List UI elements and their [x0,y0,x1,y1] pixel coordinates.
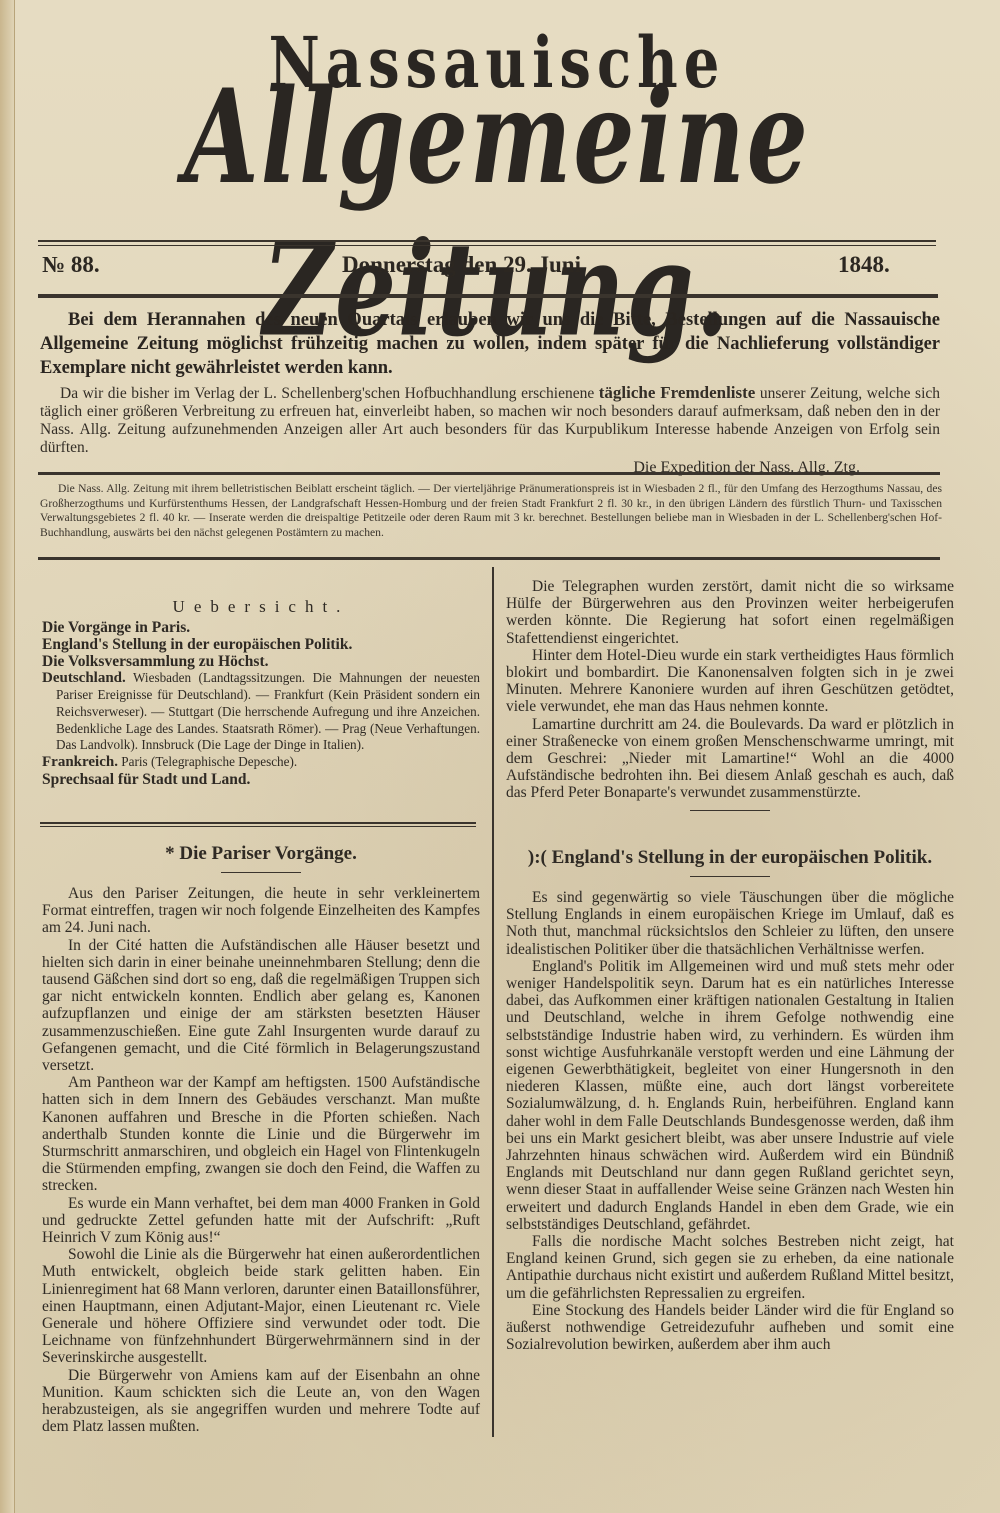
notice-highlight: tägliche Fremdenliste [599,383,756,402]
issue-date: Donnerstag den 29. Juni [342,252,581,278]
paragraph: Es sind gegenwärtig so viele Täuschungen… [506,889,954,958]
paragraph: In der Cité hatten die Aufständischen al… [42,937,480,1075]
toc-item: Die Vorgänge in Paris. [42,619,480,636]
paragraph: Es wurde ein Mann verhaftet, bei dem man… [42,1195,480,1247]
toc-rule-1 [40,822,476,824]
article-title: * Die Pariser Vorgänge. [42,842,480,866]
table-of-contents: Uebersicht. Die Vorgänge in Paris. Engla… [42,598,480,788]
toc-item-head: Deutschland. [42,670,126,686]
article-title: ):( England's Stellung in der europäisch… [506,846,954,870]
masthead-rule-bottom [38,245,936,246]
article-paris-continued: Die Telegraphen wurden zerstört, damit n… [506,578,954,811]
toc-item-detail: Paris (Telegraphische Depesche). [121,754,297,769]
paragraph: Sowohl die Linie als die Bürgerwehr hat … [42,1246,480,1366]
issue-year: 1848. [838,252,890,278]
toc-item: Sprechsaal für Stadt und Land. [42,771,480,788]
paragraph: Am Pantheon war der Kampf am heftigsten.… [42,1074,480,1194]
notice-paragraph: Da wir die bisher im Verlag der L. Schel… [40,384,940,457]
toc-rule-2 [40,826,476,827]
paragraph: Lamartine durchritt am 24. die Boulevard… [506,716,954,802]
toc-item-frankreich: Frankreich. Paris (Telegraphische Depesc… [42,754,480,771]
terms-rule [38,557,940,560]
title-rule [690,876,770,877]
issue-number: № 88. [42,252,100,278]
toc-item-deutschland: Deutschland. Wiesbaden (Landtagssitzunge… [42,670,480,754]
paragraph: Die Bürgerwehr von Amiens kam auf der Ei… [42,1367,480,1436]
paragraph: Aus den Pariser Zeitungen, die heute in … [42,885,480,937]
page-edge [0,0,15,1513]
toc-title: Uebersicht. [42,598,480,615]
paragraph: Hinter dem Hotel-Dieu wurde ein stark ve… [506,647,954,716]
toc-item: Die Volksversammlung zu Höchst. [42,653,480,670]
column-divider [492,567,494,1437]
subscription-notice: Bei dem Herannahen des neuen Quartals er… [40,308,940,477]
article-england: ):( England's Stellung in der europäisch… [506,846,954,1353]
paragraph: Falls die nordische Macht solches Bestre… [506,1233,954,1302]
paragraph: Die Telegraphen wurden zerstört, damit n… [506,578,954,647]
paragraph: Eine Stockung des Handels beider Länder … [506,1302,954,1354]
dateline-rule [38,294,938,298]
toc-item-head: Frankreich. [42,754,118,770]
subscription-terms: Die Nass. Allg. Zeitung mit ihrem bellet… [40,482,942,540]
dateline: № 88. Donnerstag den 29. Juni 1848. [42,252,922,282]
notice-text-start: Da wir die bisher im Verlag der L. Schel… [60,385,594,402]
article-end-rule [690,810,770,811]
article-paris: * Die Pariser Vorgänge. Aus den Pariser … [42,842,480,1436]
title-rule [221,872,301,873]
paragraph: England's Politik im Allgemeinen wird un… [506,958,954,1233]
notice-rule [38,472,940,475]
masthead-rule-top [38,240,936,242]
toc-item: England's Stellung in der europäischen P… [42,636,480,653]
notice-bold-paragraph: Bei dem Herannahen des neuen Quartals er… [40,308,940,380]
